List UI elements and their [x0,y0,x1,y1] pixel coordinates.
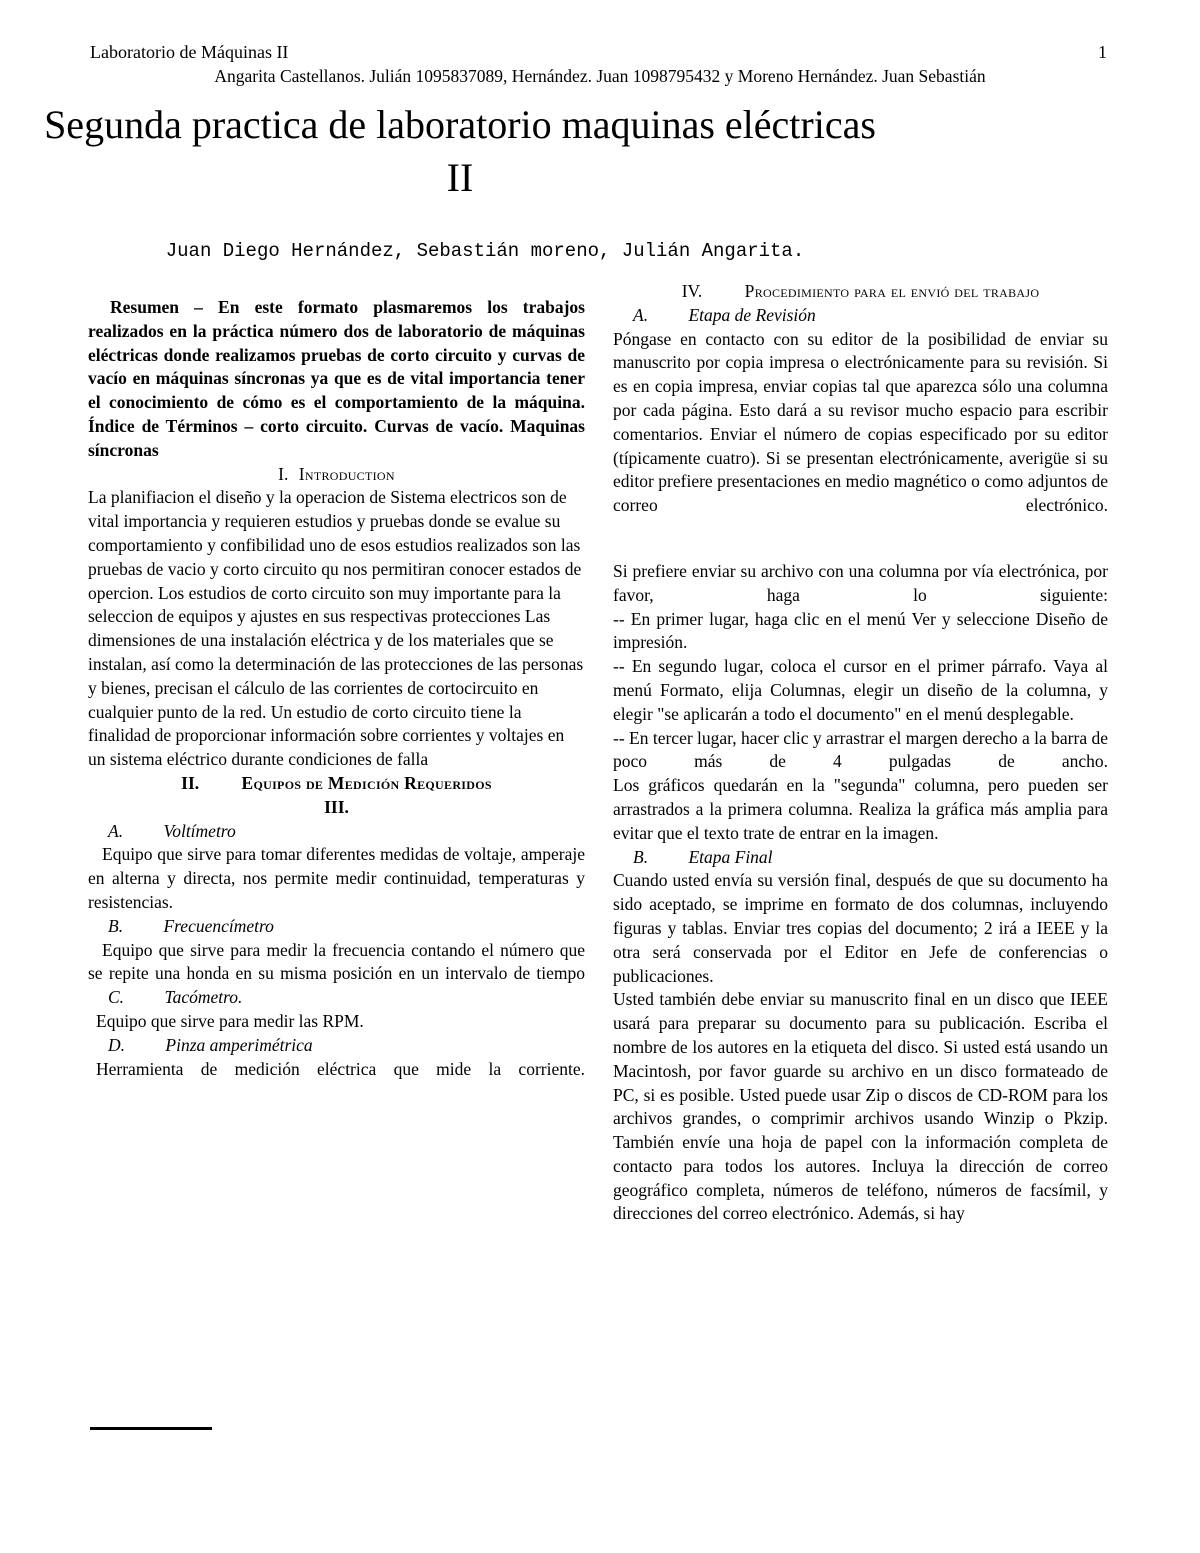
subsection-heading-etapa-final: B. Etapa Final [613,846,1108,870]
revision-paragraph-2: Si prefiere enviar su archivo con una co… [613,560,1108,846]
subsection-title: Tacómetro. [164,987,242,1007]
frecuencimetro-paragraph: Equipo que sirve para medir la frecuenci… [88,939,585,987]
subsection-heading-tacometro: C. Tacómetro. [88,986,585,1010]
final-paragraph-1: Cuando usted envía su versión final, des… [613,869,1108,988]
final-paragraph-2: Usted también debe enviar su manuscrito … [613,988,1108,1226]
pinza-paragraph: Herramienta de medición eléctrica que mi… [88,1058,585,1082]
tacometro-paragraph: Equipo que sirve para medir las RPM. [88,1010,585,1034]
left-column: Resumen – En este formato plasmaremos lo… [88,296,585,1081]
instruction-step-1: -- En primer lugar, haga clic en el menú… [613,608,1108,656]
section-heading-iii: III. [88,796,585,820]
page-number: 1 [1098,42,1107,63]
voltimetro-paragraph: Equipo que sirve para tomar diferentes m… [88,843,585,914]
section-number: II. [181,773,199,793]
subsection-letter: B. [633,847,648,867]
subsection-letter: C. [108,987,124,1007]
section-number: I. [278,464,288,484]
subsection-heading-pinza: D. Pinza amperimétrica [88,1034,585,1058]
header-authors-line: Angarita Castellanos. Julián 1095837089,… [0,66,1200,87]
index-terms-paragraph: Índice de Términos – corto circuito. Cur… [88,415,585,463]
section-number: III. [324,797,349,817]
subsection-heading-frecuencimetro: B. Frecuencímetro [88,915,585,939]
subsection-title: Frecuencímetro [163,916,273,936]
subsection-title: Etapa Final [688,847,772,867]
instruction-line: Si prefiere enviar su archivo con una co… [613,560,1108,608]
introduction-paragraph: La planifiacion el diseño y la operacion… [88,486,585,772]
section-heading-procedimiento: IV. Procedimiento para el envió del trab… [613,280,1108,304]
document-page: Laboratorio de Máquinas II 1 Angarita Ca… [0,0,1200,1553]
subsection-heading-etapa-revision: A. Etapa de Revisión [613,304,1108,328]
paper-byline: Juan Diego Hernández, Sebastián moreno, … [40,240,930,262]
section-title: Introduction [299,464,395,484]
subsection-title: Pinza amperimétrica [165,1035,312,1055]
instruction-step-3: -- En tercer lugar, hacer clic y arrastr… [613,727,1108,775]
graphics-note: Los gráficos quedarán en la "segunda" co… [613,774,1108,845]
section-heading-introduction: I. Introduction [88,463,585,487]
subsection-heading-voltimetro: A. Voltímetro [88,820,585,844]
instruction-step-2: -- En segundo lugar, coloca el cursor en… [613,655,1108,726]
section-heading-equipos: II. Equipos de Medición Requeridos [88,772,585,796]
subsection-letter: A. [633,305,648,325]
section-number: IV. [682,281,703,301]
paper-title: Segunda practica de laboratorio maquinas… [40,98,880,204]
subsection-title: Etapa de Revisión [688,305,815,325]
subsection-letter: D. [108,1035,125,1055]
footnote-rule [90,1427,212,1430]
abstract-paragraph: Resumen – En este formato plasmaremos lo… [88,296,585,415]
subsection-letter: B. [108,916,123,936]
subsection-title: Voltímetro [163,821,235,841]
right-column: IV. Procedimiento para el envió del trab… [613,280,1108,1226]
running-title: Laboratorio de Máquinas II [90,42,288,63]
subsection-letter: A. [108,821,123,841]
section-title: Procedimiento para el envió del trabajo [745,281,1040,301]
revision-paragraph-1: Póngase en contacto con su editor de la … [613,328,1108,518]
section-title: Equipos de Medición Requeridos [242,773,492,793]
